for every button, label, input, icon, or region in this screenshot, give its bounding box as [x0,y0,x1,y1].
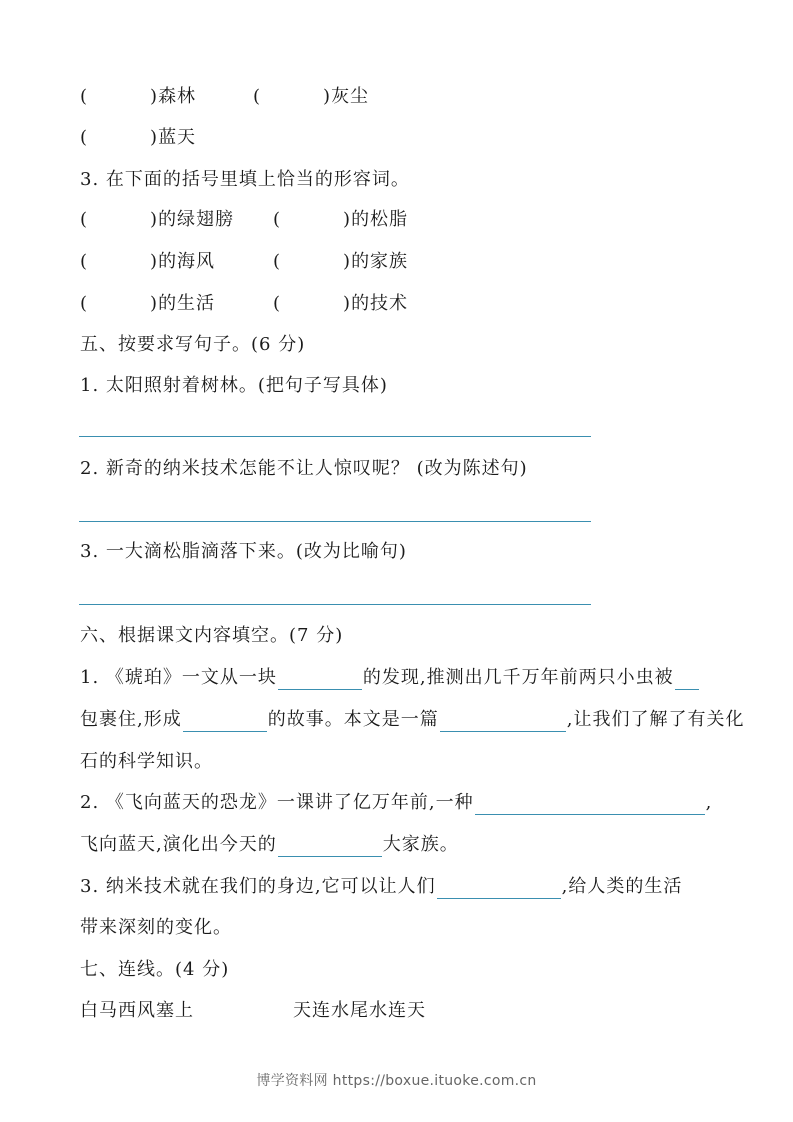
fill-item-dust: ()灰尘 [253,85,369,109]
text: 3. 纳米技术就在我们的身边,它可以让人们 [80,876,436,897]
paren-close: ) [150,292,158,316]
fill-blank[interactable] [437,878,561,899]
paren-close: ) [323,85,331,109]
paren-close: ) [343,292,351,316]
adj-item-family: ()的家族 [273,250,408,274]
text: 1. 《琥珀》一文从一块 [80,667,277,688]
text: ,给人类的生活 [562,876,683,897]
paren-open: ( [80,208,88,232]
paren-close: ) [343,208,351,232]
item-word: 森林 [158,86,196,107]
item-word: 灰尘 [331,86,369,107]
text: 大家族。 [383,834,459,855]
question-3-prompt: 3. 在下面的括号里填上恰当的形容词。 [80,168,410,192]
fill-blank[interactable] [278,669,362,690]
item-word: 的绿翅膀 [158,209,234,230]
adj-item-green-wings: ()的绿翅膀 [80,208,234,232]
fill-item-sky: ()蓝天 [80,126,196,150]
text: 包裹住,形成 [80,709,182,730]
fill-blank[interactable] [675,669,699,690]
fill-blank[interactable] [183,711,267,732]
paren-open: ( [253,85,261,109]
text: 的发现,推测出几千万年前两只小虫被 [363,667,674,688]
item-word: 的技术 [351,293,408,314]
adj-item-life: ()的生活 [80,292,215,316]
fill-blank[interactable] [278,836,382,857]
match-left-item[interactable]: 白马西风塞上 [80,999,194,1023]
paren-close: ) [343,250,351,274]
text: 2. 《飞向蓝天的恐龙》一课讲了亿万年前,一种 [80,792,474,813]
section-6-q1-line2: 包裹住,形成的故事。本文是一篇,让我们了解了有关化 [80,708,744,732]
item-word: 的生活 [158,293,215,314]
section-5-question-1: 1. 太阳照射着树林。(把句子写具体) [80,374,388,398]
paren-open: ( [273,208,281,232]
answer-line-1[interactable] [79,436,591,437]
fill-blank[interactable] [475,794,705,815]
section-6-q1-line3: 石的科学知识。 [80,750,213,774]
section-6-heading: 六、根据课文内容填空。(7 分) [80,624,343,648]
paren-close: ) [150,250,158,274]
section-6-q1-line1: 1. 《琥珀》一文从一块的发现,推测出几千万年前两只小虫被 [80,666,700,690]
paren-open: ( [80,292,88,316]
section-5-question-2: 2. 新奇的纳米技术怎能不让人惊叹呢？ (改为陈述句) [80,457,528,481]
section-6-q2-line2: 飞向蓝天,演化出今天的大家族。 [80,833,459,857]
section-5-heading: 五、按要求写句子。(6 分) [80,333,305,357]
section-6-q3-line2: 带来深刻的变化。 [80,916,232,940]
paren-close: ) [150,208,158,232]
paren-open: ( [80,126,88,150]
section-7-heading: 七、连线。(4 分) [80,958,229,982]
text: 的故事。本文是一篇 [268,709,439,730]
paren-close: ) [150,85,158,109]
item-word: 的海风 [158,251,215,272]
answer-line-3[interactable] [79,604,591,605]
section-6-q3-line1: 3. 纳米技术就在我们的身边,它可以让人们,给人类的生活 [80,875,682,899]
adj-item-resin: ()的松脂 [273,208,408,232]
answer-line-2[interactable] [79,521,591,522]
item-word: 蓝天 [158,127,196,148]
match-right-item[interactable]: 天连水尾水连天 [293,999,426,1023]
paren-close: ) [150,126,158,150]
paren-open: ( [273,292,281,316]
text: , [706,792,713,813]
adj-item-sea-wind: ()的海风 [80,250,215,274]
section-6-q2-line1: 2. 《飞向蓝天的恐龙》一课讲了亿万年前,一种, [80,791,712,815]
footer-watermark: 博学资料网 https://boxue.ituoke.com.cn [0,1070,793,1090]
fill-item-forest: ()森林 [80,85,196,109]
item-word: 的家族 [351,251,408,272]
item-word: 的松脂 [351,209,408,230]
text: 飞向蓝天,演化出今天的 [80,834,277,855]
text: ,让我们了解了有关化 [567,709,745,730]
paren-open: ( [273,250,281,274]
adj-item-technology: ()的技术 [273,292,408,316]
paren-open: ( [80,85,88,109]
fill-blank[interactable] [440,711,566,732]
section-5-question-3: 3. 一大滴松脂滴落下来。(改为比喻句) [80,540,407,564]
paren-open: ( [80,250,88,274]
